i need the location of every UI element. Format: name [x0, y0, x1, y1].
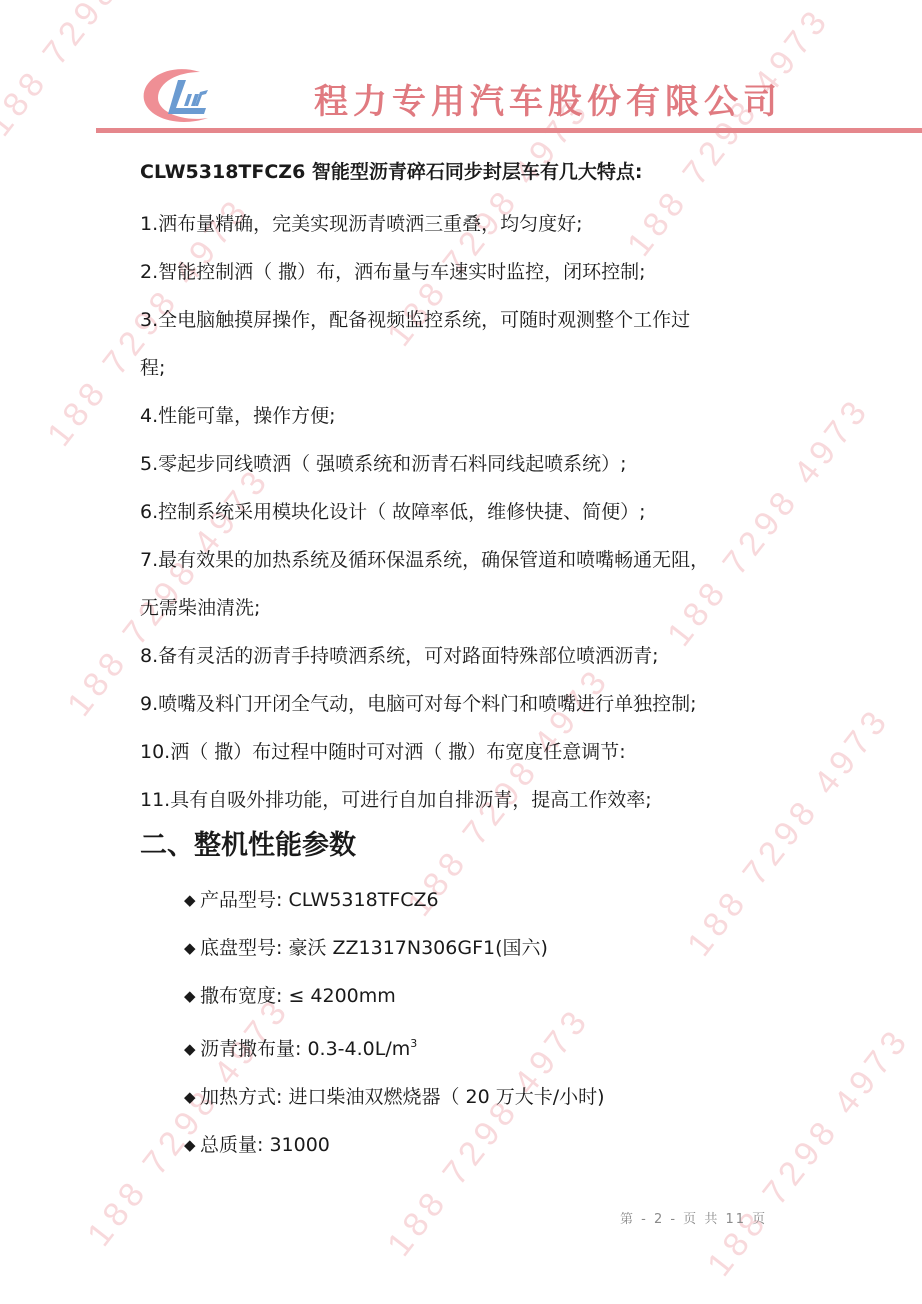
feature-item: 2.智能控制洒（ 撒）布，洒布量与车速实时监控，闭环控制; — [140, 248, 820, 296]
spec-item-total-mass: ◆总质量: 31000 — [184, 1121, 820, 1169]
feature-item: 8.备有灵活的沥青手持喷洒系统，可对路面特殊部位喷洒沥青; — [140, 632, 820, 680]
spec-value: 31000 — [269, 1134, 329, 1156]
spec-label: 撒布宽度: — [200, 985, 282, 1007]
header-divider — [96, 128, 922, 133]
spec-list: ◆产品型号: CLW5318TFCZ6 ◆底盘型号: 豪沃 ZZ1317N306… — [140, 876, 820, 1169]
spec-item-spread-width: ◆撒布宽度: ≤ 4200mm — [184, 972, 820, 1020]
feature-item: 11.具有自吸外排功能，可进行自加自排沥青，提高工作效率; — [140, 776, 820, 824]
feature-item: 4.性能可靠，操作方便; — [140, 392, 820, 440]
feature-item-line: 无需柴油清洗; — [140, 584, 820, 632]
spec-label: 底盘型号: — [200, 937, 282, 959]
spec-value: 0.3-4.0L/m — [307, 1038, 410, 1060]
section-heading-specs: 二、整机性能参数 — [140, 826, 820, 866]
feature-item-line: 3.全电脑触摸屏操作，配备视频监控系统，可随时观测整个工作过 — [140, 296, 820, 344]
diamond-bullet-icon: ◆ — [184, 1025, 200, 1073]
feature-item: 9.喷嘴及料门开闭全气动，电脑可对每个料门和喷嘴进行单独控制; — [140, 680, 820, 728]
document-body: CLW5318TFCZ6 智能型沥青碎石同步封层车有几大特点: 1.洒布量精确，… — [140, 152, 820, 1169]
feature-item: 5.零起步同线喷洒（ 强喷系统和沥青石料同线起喷系统）; — [140, 440, 820, 488]
feature-item-line: 程; — [140, 344, 820, 392]
spec-label: 产品型号: — [200, 889, 282, 911]
spec-value: 豪沃 ZZ1317N306GF1(国六) — [288, 937, 547, 959]
spec-label: 沥青撒布量: — [200, 1038, 301, 1060]
feature-item: 10.洒（ 撒）布过程中随时可对洒（ 撒）布宽度任意调节: — [140, 728, 820, 776]
company-logo-icon — [138, 66, 228, 126]
letterhead: 程力专用汽车股份有限公司 — [0, 0, 922, 135]
superscript: 3 — [410, 1037, 417, 1050]
features-title: CLW5318TFCZ6 智能型沥青碎石同步封层车有几大特点: — [140, 152, 820, 200]
feature-item: 1.洒布量精确，完美实现沥青喷洒三重叠，均匀度好; — [140, 200, 820, 248]
spec-item-chassis: ◆底盘型号: 豪沃 ZZ1317N306GF1(国六) — [184, 924, 820, 972]
diamond-bullet-icon: ◆ — [184, 1121, 200, 1169]
page-indicator: 第 - 2 - 页 共 11 页 — [620, 1208, 767, 1227]
spec-label: 加热方式: — [200, 1086, 282, 1108]
spec-value: CLW5318TFCZ6 — [288, 889, 438, 911]
feature-item: 6.控制系统采用模块化设计（ 故障率低，维修快捷、简便）; — [140, 488, 820, 536]
company-name: 程力专用汽车股份有限公司 — [314, 74, 782, 123]
spec-item-spread-rate: ◆沥青撒布量: 0.3-4.0L/m3 — [184, 1020, 820, 1073]
diamond-bullet-icon: ◆ — [184, 924, 200, 972]
feature-item-line: 7.最有效果的加热系统及循环保温系统，确保管道和喷嘴畅通无阻， — [140, 536, 820, 584]
diamond-bullet-icon: ◆ — [184, 1073, 200, 1121]
spec-item-heating: ◆加热方式: 进口柴油双燃烧器（ 20 万大卡/小时) — [184, 1073, 820, 1121]
diamond-bullet-icon: ◆ — [184, 972, 200, 1020]
spec-value: ≤ 4200mm — [288, 985, 395, 1007]
spec-label: 总质量: — [200, 1134, 263, 1156]
spec-value: 进口柴油双燃烧器（ 20 万大卡/小时) — [288, 1086, 604, 1108]
diamond-bullet-icon: ◆ — [184, 876, 200, 924]
spec-item-model: ◆产品型号: CLW5318TFCZ6 — [184, 876, 820, 924]
